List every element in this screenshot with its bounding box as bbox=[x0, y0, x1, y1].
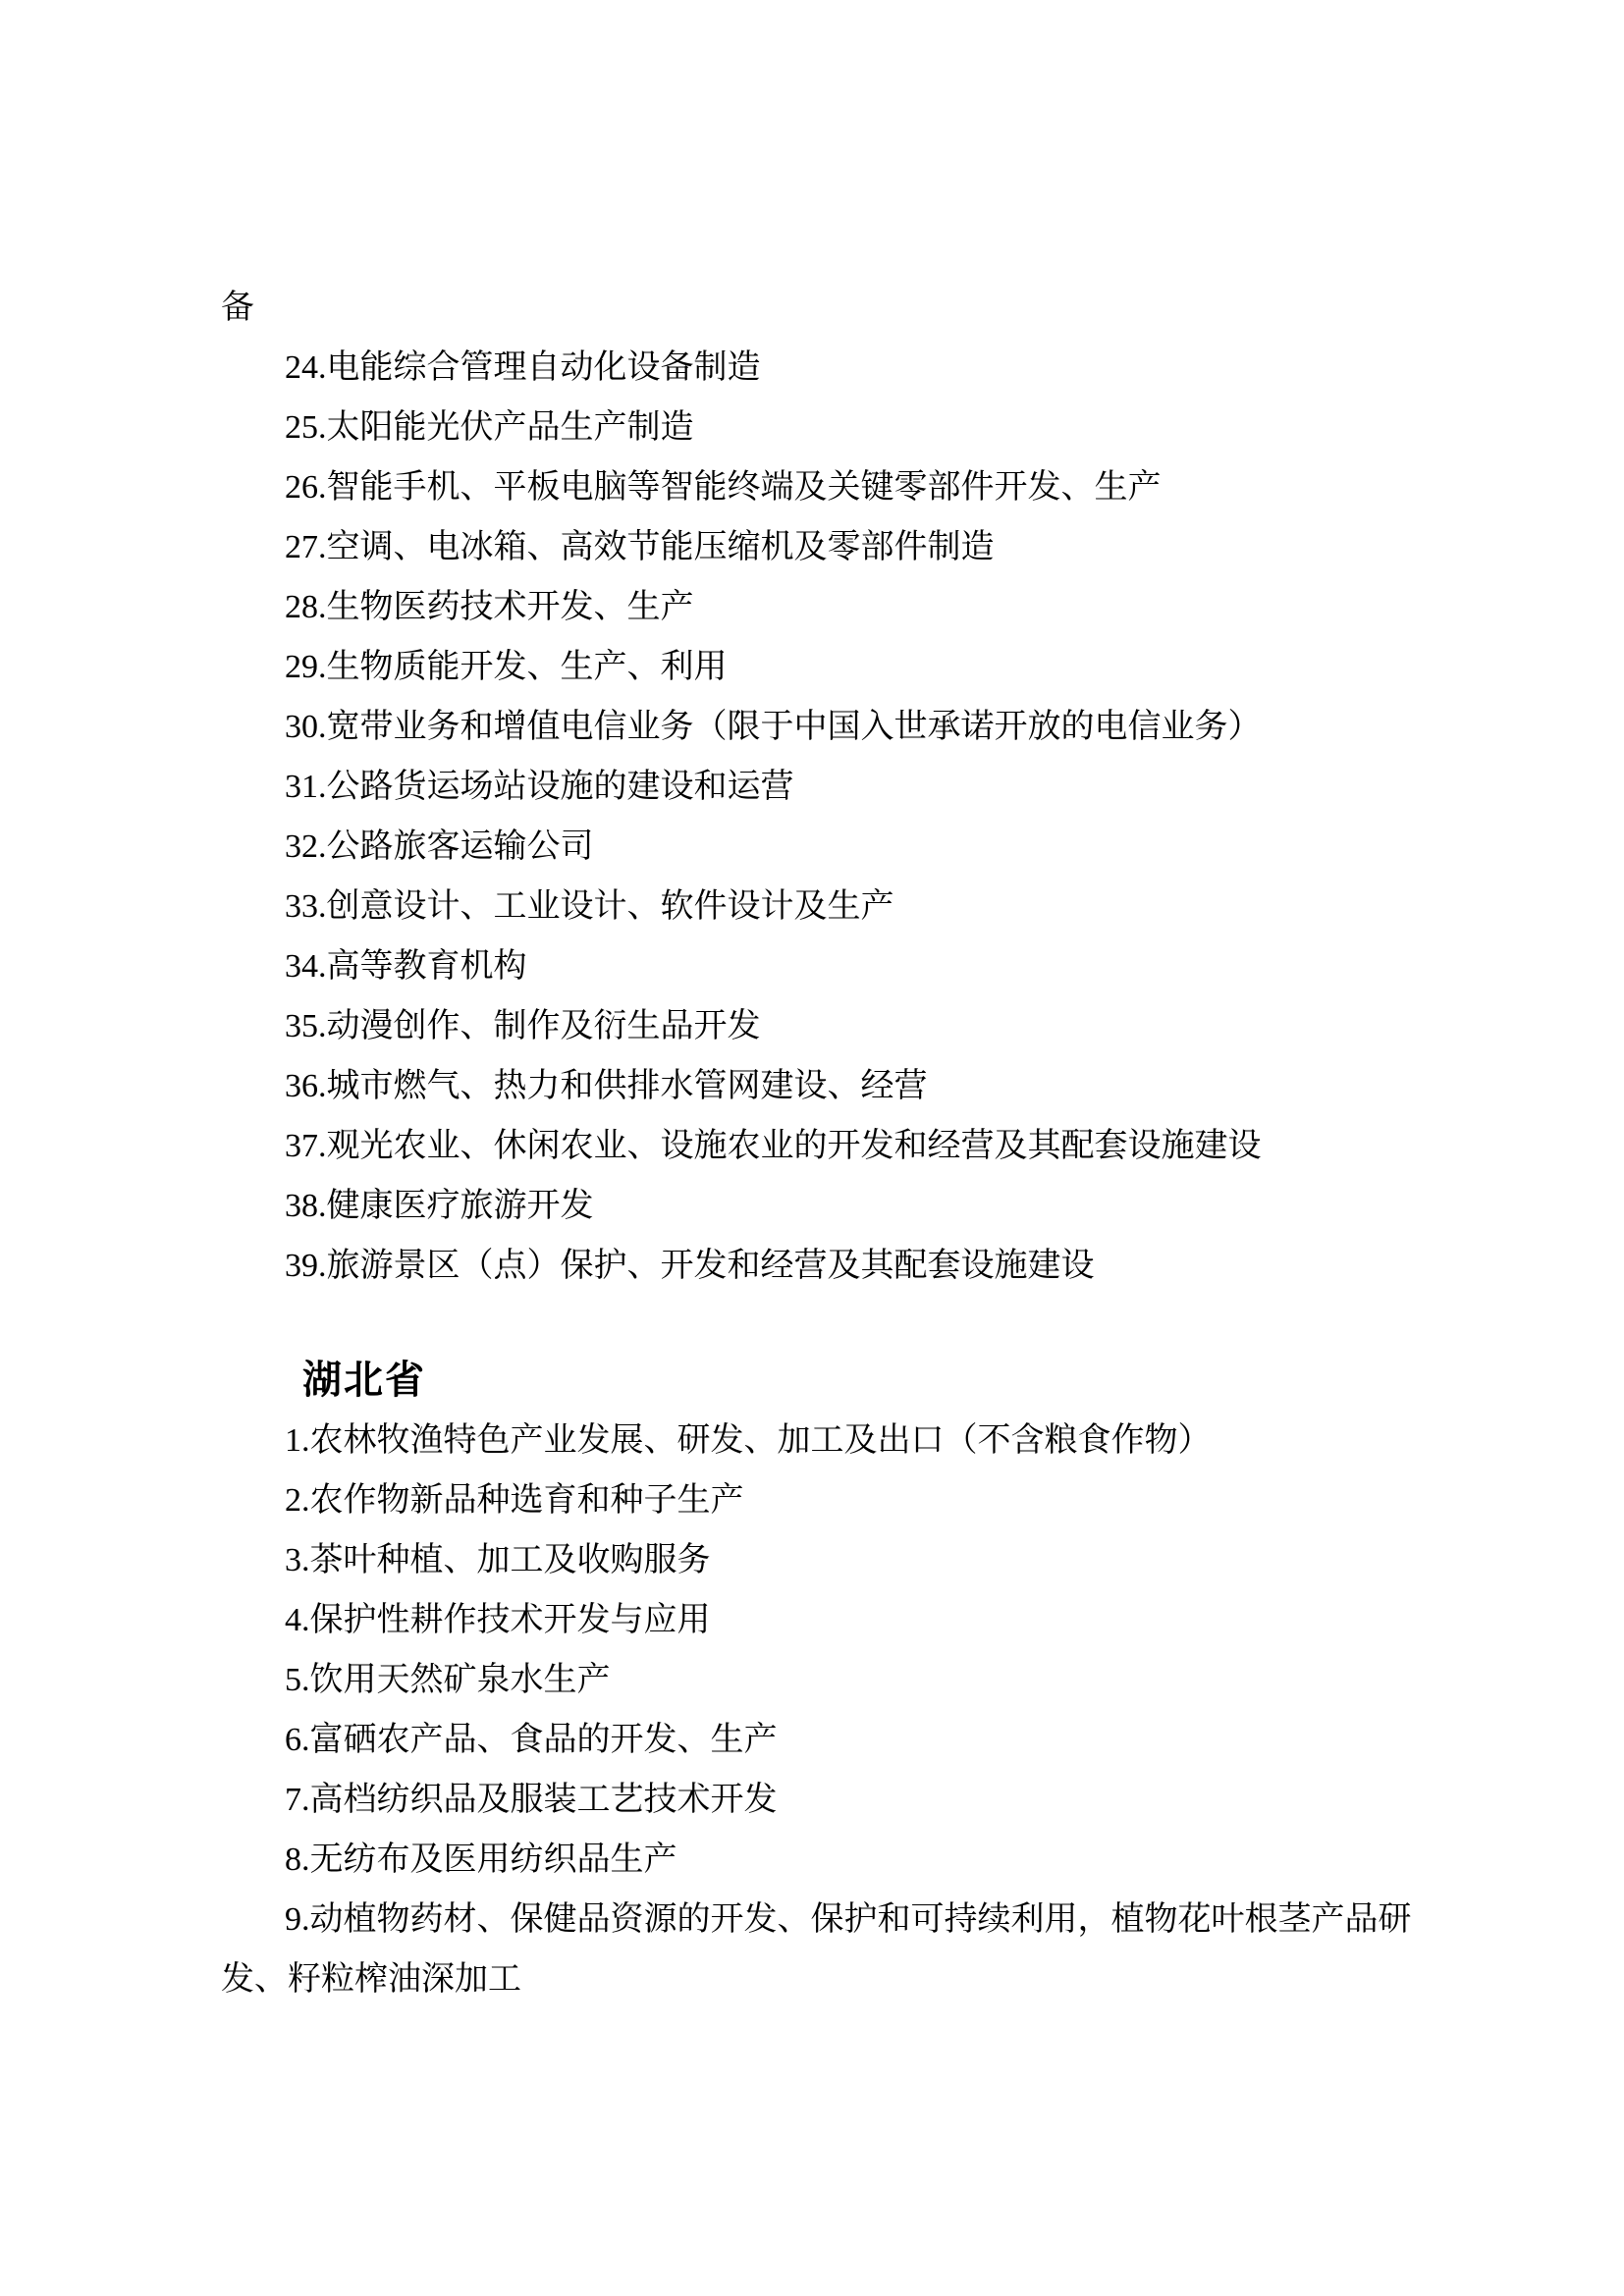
list-item: 8.无纺布及医用纺织品生产 bbox=[221, 1830, 1434, 1890]
list-item: 36.城市燃气、热力和供排水管网建设、经营 bbox=[221, 1056, 1434, 1116]
list-item: 7.高档纺织品及服装工艺技术开发 bbox=[221, 1770, 1434, 1830]
list-item: 33.创意设计、工业设计、软件设计及生产 bbox=[221, 877, 1434, 936]
section-previous-province-items: 24.电能综合管理自动化设备制造 25.太阳能光伏产品生产制造 26.智能手机、… bbox=[221, 338, 1434, 1296]
list-item: 26.智能手机、平板电脑等智能终端及关键零部件开发、生产 bbox=[221, 457, 1434, 517]
section-hubei-items: 1.农林牧渔特色产业发展、研发、加工及出口（不含粮食作物） 2.农作物新品种选育… bbox=[221, 1411, 1434, 2009]
document-page: 备 24.电能综合管理自动化设备制造 25.太阳能光伏产品生产制造 26.智能手… bbox=[0, 0, 1624, 2296]
list-item: 27.空调、电冰箱、高效节能压缩机及零部件制造 bbox=[221, 517, 1434, 577]
list-item: 38.健康医疗旅游开发 bbox=[221, 1176, 1434, 1236]
list-item: 25.太阳能光伏产品生产制造 bbox=[221, 398, 1434, 457]
list-item: 9.动植物药材、保健品资源的开发、保护和可持续利用，植物花叶根茎产品研发、籽粒榨… bbox=[221, 1890, 1434, 2009]
list-item: 24.电能综合管理自动化设备制造 bbox=[221, 338, 1434, 398]
list-item: 5.饮用天然矿泉水生产 bbox=[221, 1650, 1434, 1710]
list-item: 30.宽带业务和增值电信业务（限于中国入世承诺开放的电信业务） bbox=[221, 697, 1434, 757]
list-item: 37.观光农业、休闲农业、设施农业的开发和经营及其配套设施建设 bbox=[221, 1116, 1434, 1176]
list-item: 32.公路旅客运输公司 bbox=[221, 817, 1434, 877]
list-item: 29.生物质能开发、生产、利用 bbox=[221, 637, 1434, 697]
section-heading-hubei: 湖北省 bbox=[302, 1351, 1434, 1411]
list-item: 4.保护性耕作技术开发与应用 bbox=[221, 1590, 1434, 1650]
continuation-line: 备 bbox=[221, 278, 1434, 338]
list-item: 34.高等教育机构 bbox=[221, 936, 1434, 996]
list-item: 39.旅游景区（点）保护、开发和经营及其配套设施建设 bbox=[221, 1236, 1434, 1296]
document-content: 备 24.电能综合管理自动化设备制造 25.太阳能光伏产品生产制造 26.智能手… bbox=[221, 278, 1434, 2009]
list-item: 2.农作物新品种选育和种子生产 bbox=[221, 1470, 1434, 1530]
list-item: 35.动漫创作、制作及衍生品开发 bbox=[221, 996, 1434, 1056]
list-item: 6.富硒农产品、食品的开发、生产 bbox=[221, 1710, 1434, 1770]
list-item: 3.茶叶种植、加工及收购服务 bbox=[221, 1530, 1434, 1590]
list-item: 31.公路货运场站设施的建设和运营 bbox=[221, 757, 1434, 817]
list-item: 1.农林牧渔特色产业发展、研发、加工及出口（不含粮食作物） bbox=[221, 1411, 1434, 1470]
list-item: 28.生物医药技术开发、生产 bbox=[221, 577, 1434, 637]
